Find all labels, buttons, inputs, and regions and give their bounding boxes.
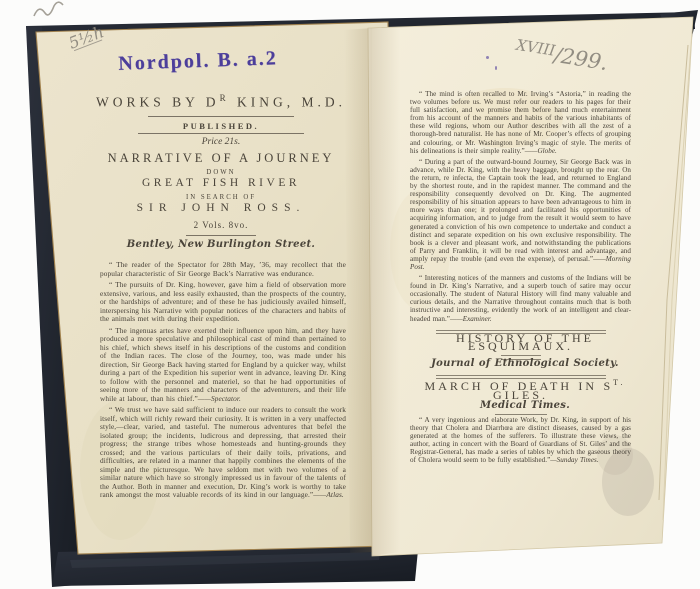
rule <box>148 116 294 117</box>
book-title-line: GREAT FISH RIVER <box>94 177 348 189</box>
book-title-line: NARRATIVE OF A JOURNEY <box>94 151 348 166</box>
ink-speck <box>486 56 489 59</box>
book-title-line: IN SEARCH OF <box>94 194 348 201</box>
review-paragraph: “ During a part of the outward-bound Jou… <box>410 158 631 271</box>
format-line: 2 Vols. 8vo. <box>94 220 348 230</box>
pencil-squiggle <box>34 2 63 16</box>
review-paragraph: “ We trust we have said sufficient to in… <box>100 406 346 500</box>
review-paragraph: “ The reader of the Spectator for 28th M… <box>100 261 346 278</box>
gutter-shade-right <box>372 27 400 556</box>
publisher-imprint: Bentley, New Burlington Street. <box>94 239 348 250</box>
book-spread-photo: 5½h Nordpol. B. a.2 XVIII/299. WORKS BY … <box>0 0 700 589</box>
rule <box>138 133 304 134</box>
right-page-column: “ The mind is often recalled to Mr. Irvi… <box>410 90 631 467</box>
section-heading-st-giles: MARCH OF DEATH IN ST. GILES. <box>410 379 631 398</box>
published-label: PUBLISHED. <box>94 121 348 131</box>
left-page-series-title: WORKS BY DR KING, M.D. <box>94 93 348 111</box>
book-title-line: DOWN <box>94 169 348 176</box>
section-credit: Journal of Ethnological Society. <box>410 360 631 368</box>
review-paragraph: “ The ingenuas artes have exerted their … <box>100 327 346 404</box>
review-paragraph: “ A very ingenious and elaborate Work, b… <box>410 416 631 465</box>
review-paragraph: “ Interesting notices of the manners and… <box>410 274 631 323</box>
section-heading-esquimaux: HISTORY OF THE ESQUIMAUX. <box>410 334 631 350</box>
rule <box>186 235 256 236</box>
review-paragraph: “ The pursuits of Dr. King, however, gav… <box>100 281 346 324</box>
left-page-reviews: “ The reader of the Spectator for 28th M… <box>100 261 346 503</box>
section-credit: Medical Times. <box>410 402 631 410</box>
price-line: Price 21s. <box>94 137 348 147</box>
book-title-line: SIR JOHN ROSS. <box>94 202 348 214</box>
ink-speck <box>495 66 497 70</box>
review-paragraph: “ The mind is often recalled to Mr. Irvi… <box>410 90 631 155</box>
